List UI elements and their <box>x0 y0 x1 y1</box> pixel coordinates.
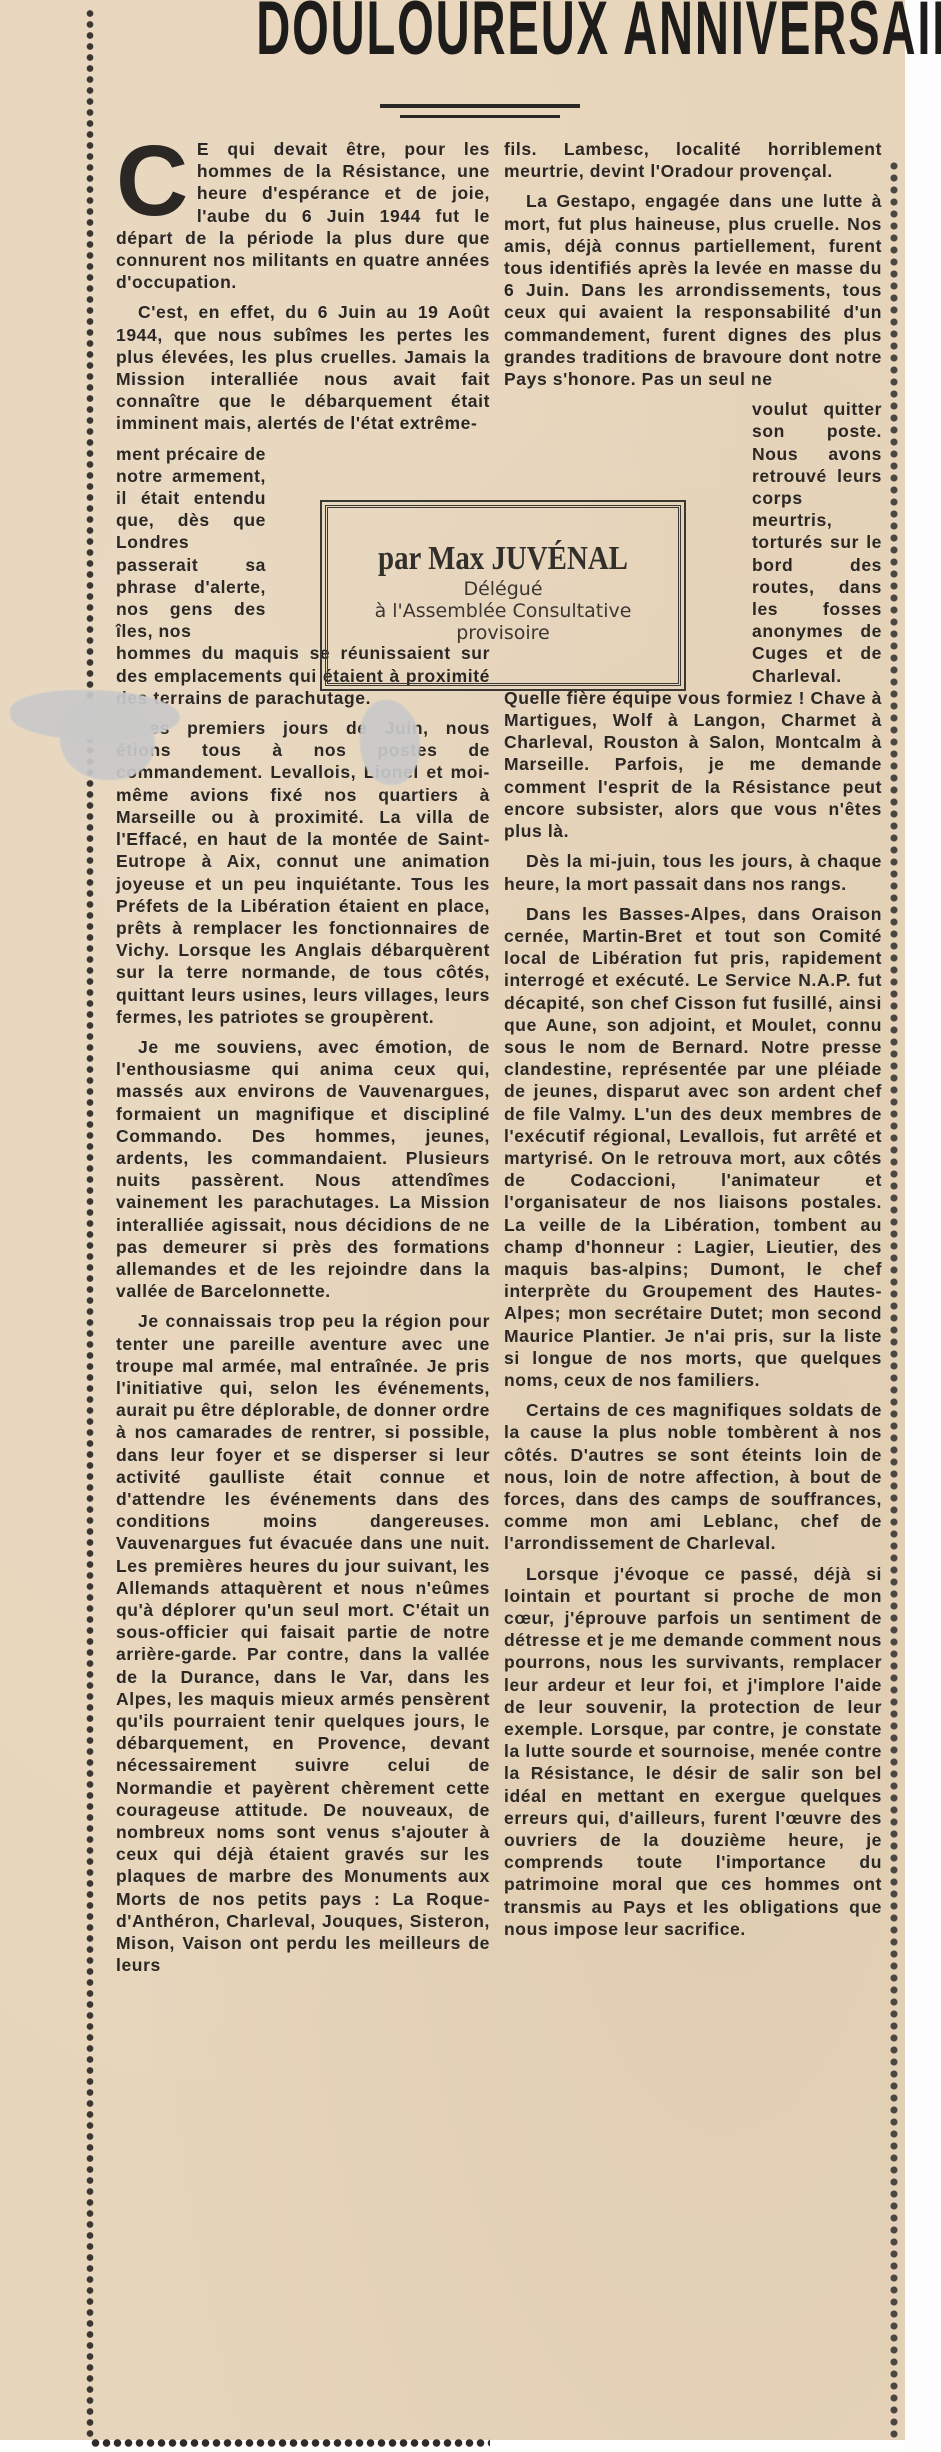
column-left: CE qui devait être, pour les hommes de l… <box>116 138 490 1984</box>
column-right: fils. Lambesc, localité horriblement meu… <box>504 138 882 1948</box>
paragraph-7: Lorsque j'évoque ce passé, déjà si loint… <box>504 1563 882 1940</box>
scan-background <box>905 0 941 2452</box>
byline-author: par Max JUVÉNAL <box>354 540 652 578</box>
paragraph-1: fils. Lambesc, localité horriblement meu… <box>504 138 882 182</box>
paragraph-5: Je connaissais trop peu la région pour t… <box>116 1310 490 1976</box>
title-rule <box>380 104 580 108</box>
paragraph-4: Dès la mi-juin, tous les jours, à chaque… <box>504 850 882 894</box>
byline-box: par Max JUVÉNAL Délégué à l'Assemblée Co… <box>325 505 681 686</box>
paragraph-4: Je me souviens, avec émotion, de l'entho… <box>116 1036 490 1302</box>
paragraph-3: Quelle fière équipe vous formiez ! Chave… <box>504 687 882 842</box>
article-title: DOULOUREUX ANNIVERSAIRES <box>256 0 740 72</box>
paragraph-2: C'est, en effet, du 6 Juin au 19 Août 19… <box>116 301 490 434</box>
drop-cap: C <box>116 142 189 220</box>
byline-role: provisoire <box>328 622 678 644</box>
left-wavy-border <box>84 8 100 2438</box>
paragraph-3: Les premiers jours de Juin, nous étions … <box>116 717 490 1028</box>
paragraph-2-cont: ment précaire de notre armement, il étai… <box>116 443 266 643</box>
byline-role: Délégué <box>328 578 678 600</box>
paragraph-1: CE qui devait être, pour les hommes de l… <box>116 138 490 293</box>
right-wavy-border <box>888 160 902 2440</box>
title-rule <box>400 115 560 118</box>
paragraph-5: Dans les Basses-Alpes, dans Oraison cern… <box>504 903 882 1391</box>
byline-role: à l'Assemblée Consultative <box>328 600 678 622</box>
paragraph-2-cont: voulut quitter son poste. Nous avons ret… <box>752 398 882 687</box>
bottom-dotted-border <box>90 2438 490 2448</box>
paragraph-6: Certains de ces magnifiques soldats de l… <box>504 1399 882 1554</box>
paragraph-2: La Gestapo, engagée dans une lutte à mor… <box>504 190 882 390</box>
